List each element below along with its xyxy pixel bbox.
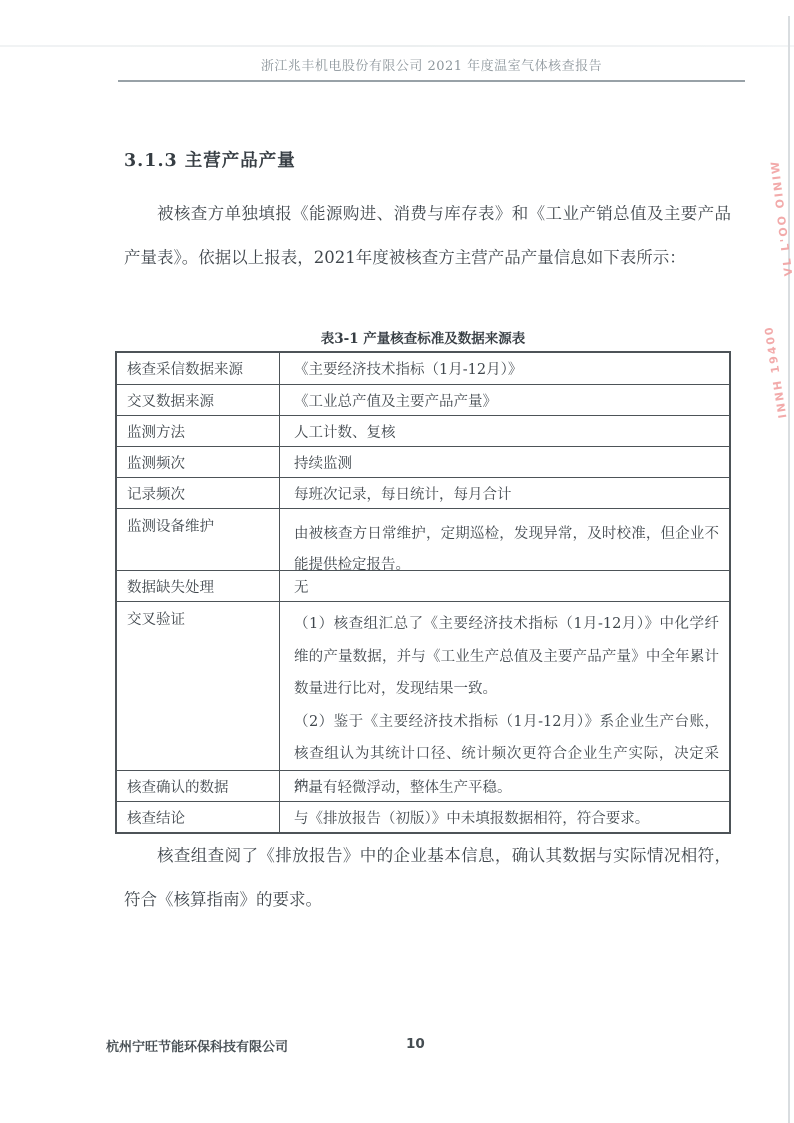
table-caption: 表3-1 产量核查标准及数据来源表 xyxy=(115,327,731,347)
row-label: 监测设备维护 xyxy=(117,509,280,570)
row-label: 核查采信数据来源 xyxy=(117,353,280,384)
row-value: 与《排放报告（初版）》中未填报数据相符，符合要求。 xyxy=(280,802,729,832)
section-heading: 3.1.3 主营产品产量 xyxy=(124,147,296,172)
row-value: 每班次记录，每日统计，每月合计 xyxy=(280,478,729,508)
table-row: 数据缺失处理 无 xyxy=(117,570,729,601)
stamp-fragment-lower: INNH 19400 xyxy=(756,284,790,419)
row-label: 监测频次 xyxy=(117,447,280,477)
row-label: 数据缺失处理 xyxy=(117,571,280,601)
closing-paragraph: 核查组查阅了《排放报告》中的企业基本信息，确认其数据与实际情况相符，符合《核算指… xyxy=(124,834,731,922)
page-header-title: 浙江兆丰机电股份有限公司 2021 年度温室气体核查报告 xyxy=(118,55,745,74)
table-row: 交叉验证 （1）核查组汇总了《主要经济技术指标（1月-12月）》中化学纤维的产量… xyxy=(117,601,729,770)
header-divider xyxy=(118,80,745,82)
row-value: 人工计数、复核 xyxy=(280,416,729,446)
table-row: 核查采信数据来源 《主要经济技术指标（1月-12月）》 xyxy=(117,353,729,384)
scan-artifact-line xyxy=(0,45,794,47)
production-verification-table: 核查采信数据来源 《主要经济技术指标（1月-12月）》 交叉数据来源 《工业总产… xyxy=(115,351,731,834)
row-value: （1）核查组汇总了《主要经济技术指标（1月-12月）》中化学纤维的产量数据，并与… xyxy=(280,602,729,770)
row-value: 《主要经济技术指标（1月-12月）》 xyxy=(280,353,729,384)
row-label: 交叉验证 xyxy=(117,602,280,770)
table-row: 交叉数据来源 《工业总产值及主要产品产量》 xyxy=(117,384,729,415)
table-row: 监测频次 持续监测 xyxy=(117,446,729,477)
table-row: 记录频次 每班次记录，每日统计，每月合计 xyxy=(117,477,729,508)
row-label: 交叉数据来源 xyxy=(117,385,280,415)
row-value: 无 xyxy=(280,571,729,601)
row-label: 核查确认的数据 xyxy=(117,771,280,801)
report-page: 浙江兆丰机电股份有限公司 2021 年度温室气体核查报告 VL L'OO OIN… xyxy=(0,0,794,1123)
table-row: 核查确认的数据 产量有轻微浮动，整体生产平稳。 xyxy=(117,770,729,801)
row-value: 由被核查方日常维护，定期巡检，发现异常，及时校准，但企业不能提供检定报告。 xyxy=(280,509,729,570)
footer-page-number: 10 xyxy=(406,1036,425,1052)
footer-company-name: 杭州宁旺节能环保科技有限公司 xyxy=(106,1036,288,1055)
table-row: 监测方法 人工计数、复核 xyxy=(117,415,729,446)
row-value: 持续监测 xyxy=(280,447,729,477)
row-value: 产量有轻微浮动，整体生产平稳。 xyxy=(280,771,729,801)
row-label: 监测方法 xyxy=(117,416,280,446)
row-label: 记录频次 xyxy=(117,478,280,508)
row-label: 核查结论 xyxy=(117,802,280,832)
intro-paragraph: 被核查方单独填报《能源购进、消费与库存表》和《工业产销总值及主要产品产量表》。依… xyxy=(124,192,731,280)
table-row: 监测设备维护 由被核查方日常维护，定期巡检，发现异常，及时校准，但企业不能提供检… xyxy=(117,508,729,570)
row-value: 《工业总产值及主要产品产量》 xyxy=(280,385,729,415)
page-edge-line xyxy=(788,16,790,1123)
table-row: 核查结论 与《排放报告（初版）》中未填报数据相符，符合要求。 xyxy=(117,801,729,832)
